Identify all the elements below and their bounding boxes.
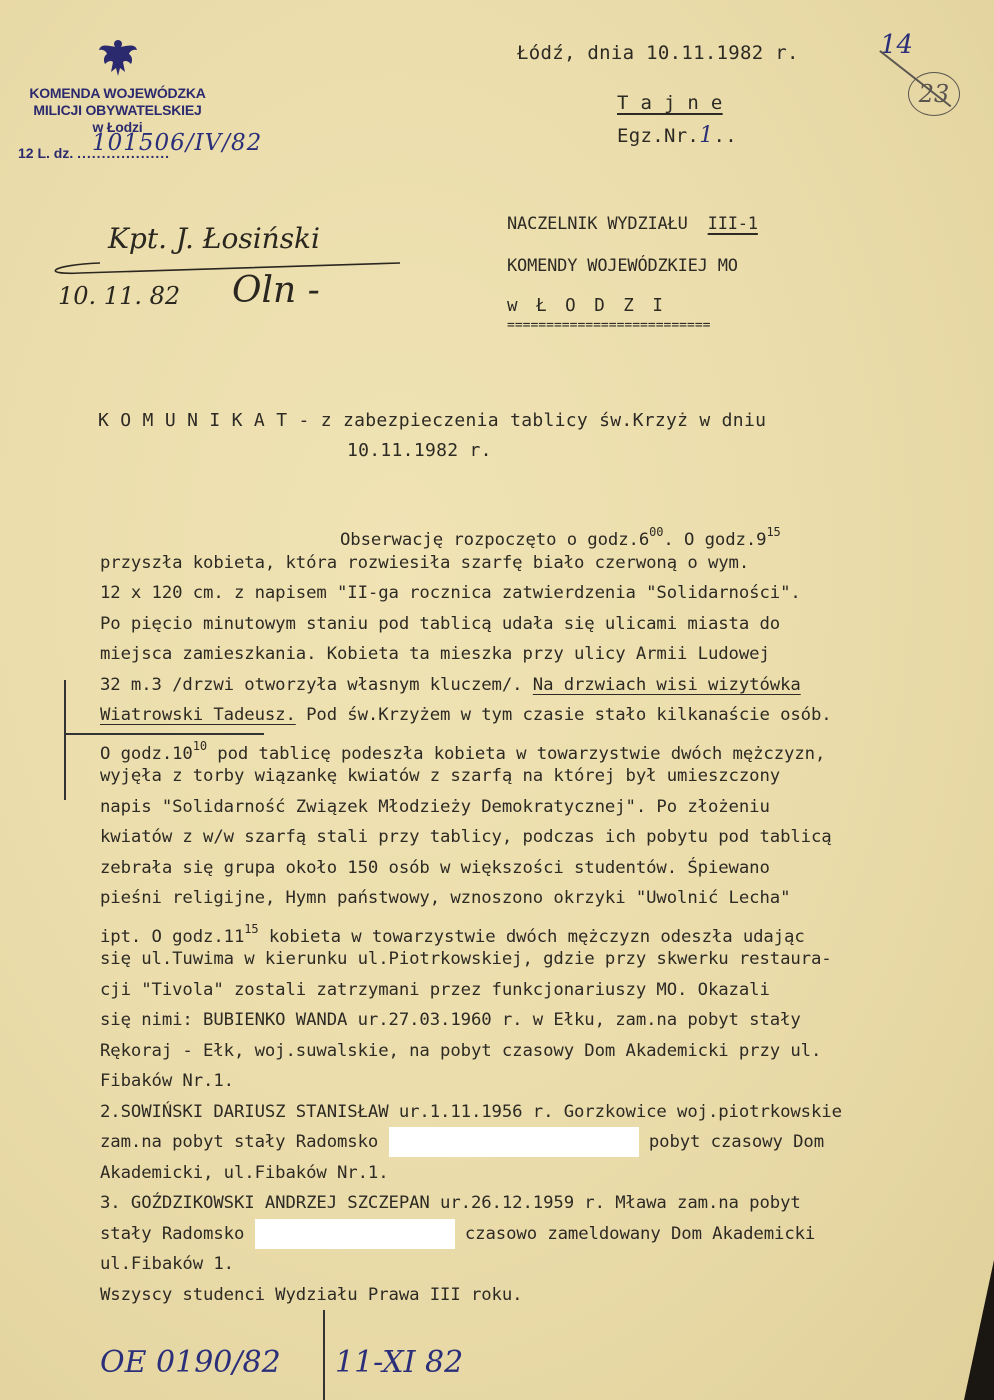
body-text-segment: cji "Tivola" zostali zatrzymani przez fu…: [100, 980, 770, 1000]
body-line: Obserwację rozpoczęto o godz.600. O godz…: [100, 517, 990, 548]
body-text-segment: Po pięcio minutowym staniu pod tablicą u…: [100, 614, 780, 634]
underlined-text: Wiatrowski Tadeusz.: [100, 705, 296, 725]
redaction-box: [255, 1219, 455, 1249]
title-komunikat: K O M U N I K A T: [98, 410, 287, 431]
body-text-segment: przyszła kobieta, która rozwiesiła szarf…: [100, 553, 749, 573]
footer-date: 11-XI 82: [335, 1345, 463, 1380]
body-text-segment: Fibaków Nr.1.: [100, 1071, 234, 1091]
margin-mark-vertical: [64, 680, 66, 800]
document-title: K O M U N I K A T - z zabezpieczenia tab…: [98, 410, 766, 431]
time-superscript: 10: [193, 739, 207, 753]
addressee-line-3: w Ł O D Z I: [507, 296, 667, 316]
time-superscript: 15: [244, 922, 258, 936]
time-superscript: 00: [649, 525, 663, 539]
body-line: cji "Tivola" zostali zatrzymani przez fu…: [100, 975, 990, 1006]
signature-underline: [40, 255, 410, 285]
body-text-segment: 2.SOWIŃSKI DARIUSZ STANISŁAW ur.1.11.195…: [100, 1102, 842, 1122]
body-text-segment: stały Radomsko: [100, 1224, 255, 1244]
addressee-rule: ==========================: [507, 318, 711, 333]
body-text-segment: wyjęła z torby wiązankę kwiatów z szarfą…: [100, 766, 780, 786]
addressee-line-1: NACZELNIK WYDZIAŁU III-1: [507, 214, 768, 234]
body-line: kwiatów z w/w szarfą stali przy tablicy,…: [100, 822, 990, 853]
annotation-initials: Oln -: [232, 270, 320, 311]
body-line: 2.SOWIŃSKI DARIUSZ STANISŁAW ur.1.11.195…: [100, 1097, 990, 1128]
copy-number: Egz.Nr.1..: [617, 123, 737, 148]
title-subject: - z zabezpieczenia tablicy św.Krzyż w dn…: [287, 410, 766, 431]
body-text-segment: pieśni religijne, Hymn państwowy, wznosz…: [100, 888, 790, 908]
body-line: napis "Solidarność Związek Młodzieży Dem…: [100, 792, 990, 823]
body-line: 32 m.3 /drzwi otworzyła własnym kluczem/…: [100, 670, 990, 701]
annotation-date: 10. 11. 82: [58, 282, 180, 310]
officer-signature: Kpt. J. Łosiński: [108, 222, 320, 255]
place-date: Łódź, dnia 10.11.1982 r.: [517, 42, 799, 64]
body-text-segment: zam.na pobyt stały Radomsko: [100, 1132, 389, 1152]
footer-reference: OE 0190/82: [100, 1345, 281, 1380]
body-text-segment: się nimi: BUBIENKO WANDA ur.27.03.1960 r…: [100, 1010, 801, 1030]
body-line: Wiatrowski Tadeusz. Pod św.Krzyżem w tym…: [100, 700, 990, 731]
body-text-segment: Wszyscy studenci Wydziału Prawa III roku…: [100, 1285, 522, 1305]
copy-number-handwritten: 1: [699, 123, 713, 148]
body-line: przyszła kobieta, która rozwiesiła szarf…: [100, 548, 990, 579]
institution-stamp: KOMENDA WOJEWÓDZKA MILICJI OBYWATELSKIEJ…: [10, 38, 225, 136]
circled-number: 23: [908, 72, 960, 116]
underlined-text: Na drzwiach wisi wizytówka: [533, 675, 801, 695]
redaction-box: [389, 1127, 639, 1157]
body-line: Fibaków Nr.1.: [100, 1066, 990, 1097]
body-text-segment: Pod św.Krzyżem w tym czasie stało kilkan…: [296, 705, 832, 725]
body-text-segment: 3. GOŹDZIKOWSKI ANDRZEJ SZCZEPAN ur.26.1…: [100, 1193, 801, 1213]
body-text-segment: czasowo zameldowany Dom Akademicki: [455, 1224, 816, 1244]
document-page: KOMENDA WOJEWÓDZKA MILICJI OBYWATELSKIEJ…: [0, 0, 994, 1400]
body-text-segment: kwiatów z w/w szarfą stali przy tablicy,…: [100, 827, 832, 847]
body-line: 12 x 120 cm. z napisem "II-ga rocznica z…: [100, 578, 990, 609]
classification: T a j n e: [617, 92, 723, 114]
report-body: Obserwację rozpoczęto o godz.600. O godz…: [100, 517, 990, 1310]
body-line: wyjęła z torby wiązankę kwiatów z szarfą…: [100, 761, 990, 792]
stamp-line-2: MILICJI OBYWATELSKIEJ: [10, 102, 225, 119]
body-text-segment: Akademicki, ul.Fibaków Nr.1.: [100, 1163, 389, 1183]
body-line: Po pięcio minutowym staniu pod tablicą u…: [100, 609, 990, 640]
body-line: Rękoraj - Ełk, woj.suwalskie, na pobyt c…: [100, 1036, 990, 1067]
body-line: pieśni religijne, Hymn państwowy, wznosz…: [100, 883, 990, 914]
time-superscript: 15: [766, 525, 780, 539]
body-line: się ul.Tuwima w kierunku ul.Piotrkowskie…: [100, 944, 990, 975]
body-line: ul.Fibaków 1.: [100, 1249, 990, 1280]
body-text-segment: miejsca zamieszkania. Kobieta ta mieszka…: [100, 644, 770, 664]
body-text-segment: 32 m.3 /drzwi otworzyła własnym kluczem/…: [100, 675, 533, 695]
registry-label: 12 L. dz.: [18, 145, 73, 161]
body-line: miejsca zamieszkania. Kobieta ta mieszka…: [100, 639, 990, 670]
addressee-title: NACZELNIK WYDZIAŁU: [507, 214, 698, 234]
body-line: Akademicki, ul.Fibaków Nr.1.: [100, 1158, 990, 1189]
body-text-segment: ul.Fibaków 1.: [100, 1254, 234, 1274]
body-text-segment: zebrała się grupa około 150 osób w więks…: [100, 858, 770, 878]
title-date: 10.11.1982 r.: [347, 440, 492, 461]
polish-eagle-icon: [97, 38, 139, 78]
body-line: się nimi: BUBIENKO WANDA ur.27.03.1960 r…: [100, 1005, 990, 1036]
torn-corner: [964, 1260, 994, 1400]
body-line: Wszyscy studenci Wydziału Prawa III roku…: [100, 1280, 990, 1311]
copy-dots: ..: [714, 125, 737, 147]
registry-handwritten: 101506/IV/82: [92, 130, 262, 156]
body-line: zam.na pobyt stały Radomsko pobyt czasow…: [100, 1127, 990, 1158]
department-number: III-1: [698, 214, 768, 234]
body-line: zebrała się grupa około 150 osób w więks…: [100, 853, 990, 884]
body-text-segment: napis "Solidarność Związek Młodzieży Dem…: [100, 797, 770, 817]
body-line: 3. GOŹDZIKOWSKI ANDRZEJ SZCZEPAN ur.26.1…: [100, 1188, 990, 1219]
body-text-segment: się ul.Tuwima w kierunku ul.Piotrkowskie…: [100, 949, 832, 969]
footer-vertical-stroke: [323, 1310, 325, 1400]
body-line: ipt. O godz.1115 kobieta w towarzystwie …: [100, 914, 990, 945]
body-line: stały Radomsko czasowo zameldowany Dom A…: [100, 1219, 990, 1250]
body-text-segment: pobyt czasowy Dom: [639, 1132, 824, 1152]
stamp-line-1: KOMENDA WOJEWÓDZKA: [10, 85, 225, 102]
body-text-segment: 12 x 120 cm. z napisem "II-ga rocznica z…: [100, 583, 801, 603]
body-line: O godz.1010 pod tablicę podeszła kobieta…: [100, 731, 990, 762]
body-text-segment: Rękoraj - Ełk, woj.suwalskie, na pobyt c…: [100, 1041, 821, 1061]
addressee-line-2: KOMENDY WOJEWÓDZKIEJ MO: [507, 256, 738, 276]
copy-label: Egz.Nr.: [617, 125, 699, 147]
